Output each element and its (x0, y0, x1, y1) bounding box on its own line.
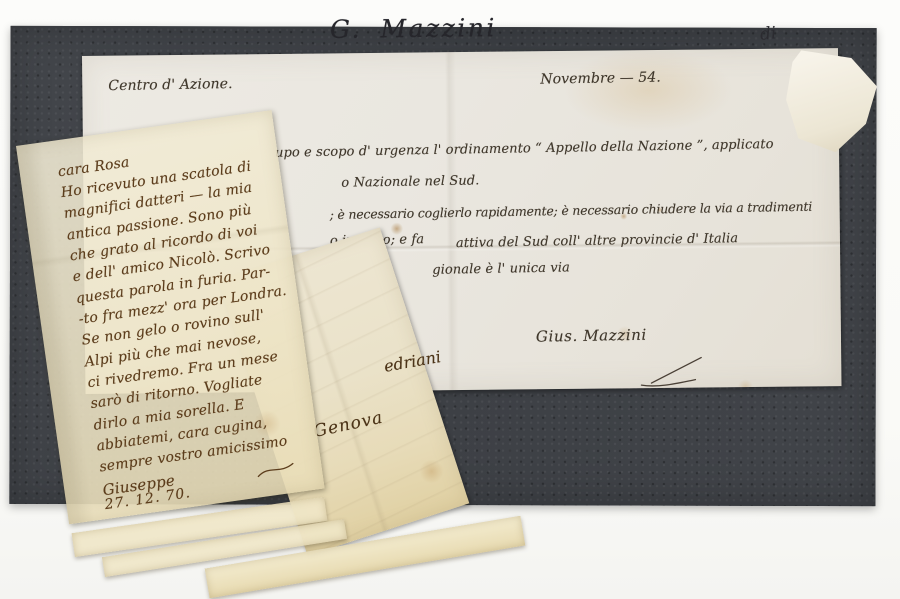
letter-line: gionale è l' unica via (432, 260, 570, 277)
letter-line: upo e scopo d' urgenza l' ordinamento “ … (275, 137, 774, 161)
letter-line: attiva del Sud coll' altre provincie d' … (456, 231, 738, 251)
note-letter-sheet: cara Rosa Ho ricevuto una scatola di mag… (16, 110, 325, 524)
letter-line: o Nazionale nel Sud. (341, 173, 479, 190)
letter-line: ; è necessario coglierlo rapidamente; è … (330, 199, 813, 222)
mazzini-signature: Gius. Mazzini (536, 326, 647, 346)
address-city: Genova (312, 408, 385, 442)
manuscript-photo: G. Mazzini di Centro d' Azione. Novembre… (0, 0, 900, 599)
signature-flourish-icon (637, 353, 709, 394)
title-inscription: G. Mazzini (330, 13, 497, 44)
letter-heading-place: Centro d' Azione. (108, 76, 233, 94)
signature-flourish-icon (255, 458, 300, 486)
corner-inscription: di (759, 23, 777, 45)
letter-heading-date: Novembre — 54. (540, 70, 661, 88)
